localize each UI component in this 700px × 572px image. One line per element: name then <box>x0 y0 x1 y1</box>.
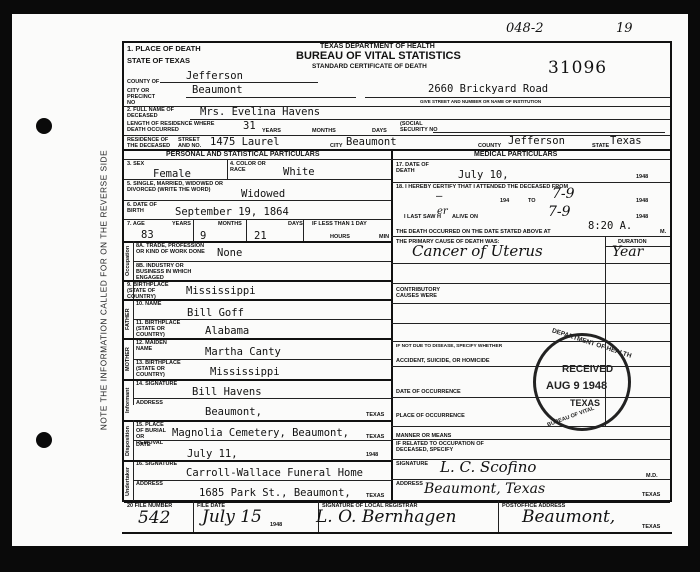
county-label: COUNTY OF <box>127 79 159 85</box>
dod-label: 17. DATE OF DEATH <box>396 162 436 174</box>
street-no-label: STREET AND NO. <box>178 137 208 149</box>
time-of-death: 8:20 A. <box>588 220 632 232</box>
age-label: 7. AGE <box>127 221 145 227</box>
marital-label: 5. SINGLE, MARRIED, WIDOWED OR DIVORCED … <box>127 181 237 193</box>
attended-from: — <box>436 190 442 202</box>
last-saw-date: 7-9 <box>548 204 571 220</box>
last-saw-label: I LAST SAW H <box>404 214 441 220</box>
informant-address: Beaumont, <box>205 406 262 418</box>
occurrence-date-label: DATE OF OCCURRENCE <box>396 389 461 395</box>
full-name-label: 2. FULL NAME OF DECEASED <box>127 107 177 119</box>
mother-name-label: 12. MAIDEN NAME <box>136 340 176 352</box>
city-label: CITY OR PRECINCT NO <box>127 88 153 106</box>
informant-name: Bill Havens <box>192 386 262 398</box>
mother-birthplace: Mississippi <box>210 366 280 378</box>
undertaker-signature-label: 16. SIGNATURE <box>136 461 177 467</box>
father-birthplace: Alabama <box>205 325 249 337</box>
hours-label: HOURS <box>330 234 350 240</box>
residence-county: Jefferson <box>508 135 565 147</box>
stamp-bureau: BUREAU OF VITAL <box>546 406 595 429</box>
attended-to: 7-9 <box>552 186 575 202</box>
occurrence-place-label: PLACE OF OCCURRENCE <box>396 413 465 419</box>
father-name: Bill Goff <box>187 307 244 319</box>
registrar-signature: L. O. Bernhagen <box>316 507 456 527</box>
deceased-name: Mrs. Evelina Havens <box>200 106 320 118</box>
punch-hole <box>36 118 52 134</box>
texas-label: TEXAS <box>366 412 384 418</box>
bureau-title: BUREAU OF VITAL STATISTICS <box>296 50 461 62</box>
mother-band: MOTHER <box>125 339 131 379</box>
burial-date: July 11, <box>187 448 238 460</box>
dod-year: 1948 <box>636 174 648 180</box>
certificate-title: STANDARD CERTIFICATE OF DEATH <box>312 63 427 70</box>
department-title: TEXAS DEPARTMENT OF HEALTH <box>320 43 435 50</box>
mother-name: Martha Canty <box>205 346 281 358</box>
residence-state: Texas <box>610 135 642 147</box>
color-label: 4. COLOR OR RACE <box>230 161 270 173</box>
last-saw-year: 1948 <box>636 214 648 220</box>
color-value: White <box>283 166 315 178</box>
texas-label: TEXAS <box>642 524 660 530</box>
dod-value: July 10, <box>458 169 509 181</box>
undertaker-band: Undertaker <box>125 461 131 501</box>
disposition-band: Disposition <box>125 421 131 461</box>
stamp-date: AUG 9 1948 <box>546 380 607 392</box>
father-birthplace-label: 11. BIRTHPLACE (STATE OR COUNTRY) <box>136 320 191 338</box>
physician-address: Beaumont, Texas <box>424 481 545 497</box>
city-value: Beaumont <box>192 84 243 96</box>
archive-number: 19 <box>616 21 633 36</box>
alive-on-label: ALIVE ON <box>452 214 478 220</box>
undertaker-address-label: ADDRESS <box>136 481 163 487</box>
father-band: FATHER <box>125 300 131 338</box>
sex-label: 3. SEX <box>127 161 144 167</box>
texas-label: TEXAS <box>642 492 660 498</box>
file-date: July 15 <box>202 507 262 527</box>
duration-value: Year <box>612 244 643 260</box>
to-year: 1948 <box>636 198 648 204</box>
informant-band: Informant <box>125 380 131 420</box>
medical-section-title: MEDICAL PARTICULARS <box>474 151 557 158</box>
residence-city: Beaumont <box>346 136 397 148</box>
primary-cause: Cancer of Uterus <box>412 242 543 260</box>
state-label: STATE OF TEXAS <box>127 56 190 65</box>
physician-signature-label: SIGNATURE <box>396 461 428 467</box>
min-label: MIN <box>379 234 389 240</box>
age-days-label: DAYS <box>288 221 303 227</box>
age-years: 83 <box>141 229 154 241</box>
dob-value: September 19, 1864 <box>175 206 289 218</box>
dob-label: 6. DATE OF BIRTH <box>127 202 167 214</box>
residence-label: RESIDENCE OF THE DECEASED <box>127 137 175 149</box>
undertaker-address: 1685 Park St., Beaumont, <box>199 487 351 499</box>
marital-value: Widowed <box>241 188 285 200</box>
contributory-label: CONTRIBUTORY CAUSES WERE <box>396 287 456 299</box>
years-label: YEARS <box>262 128 281 134</box>
street-value: 2660 Brickyard Road <box>428 83 548 95</box>
months-label: MONTHS <box>312 128 336 134</box>
m-label: M. <box>660 229 666 235</box>
less-than-day-label: IF LESS THAN 1 DAY <box>312 221 367 227</box>
residence-length-label: LENGTH OF RESIDENCE WHERE DEATH OCCURRED <box>127 121 217 133</box>
accident-label: IF NOT DUE TO DISEASE, SPECIFY WHETHER <box>396 344 502 350</box>
burial-year: 1948 <box>366 452 378 458</box>
birthplace-value: Mississippi <box>186 285 256 297</box>
certify-label: 18. I HEREBY CERTIFY THAT I ATTENDED THE… <box>396 184 568 190</box>
industry-label: 8B. INDUSTRY OR BUSINESS IN WHICH ENGAGE… <box>136 263 206 281</box>
related-occupation-label: IF RELATED TO OCCUPATION OF DECEASED, SP… <box>396 441 496 453</box>
punch-hole <box>36 432 52 448</box>
county-value: Jefferson <box>186 70 243 82</box>
trade-value: None <box>217 247 242 259</box>
informant-signature-label: 14. SIGNATURE <box>136 381 177 387</box>
undertaker-name: Carroll-Wallace Funeral Home <box>186 467 363 479</box>
archive-code: 048-2 <box>506 21 543 36</box>
burial-date-label: DATE <box>136 442 151 448</box>
certificate-number: 31096 <box>548 58 607 78</box>
informant-address-label: ADDRESS <box>136 400 163 406</box>
street-hint: GIVE STREET AND NUMBER OR NAME OF INSTIT… <box>420 99 541 105</box>
age-years-label: YEARS <box>172 221 191 227</box>
last-saw-pronoun: er <box>437 206 448 217</box>
father-name-label: 10. NAME <box>136 301 161 307</box>
stamp-received: RECEIVED <box>562 364 613 375</box>
mother-birthplace-label: 13. BIRTHPLACE (STATE OR COUNTRY) <box>136 360 191 378</box>
days-label: DAYS <box>372 128 387 134</box>
to-label: TO <box>528 198 536 204</box>
physician-signature: L. C. Scofino <box>440 458 536 476</box>
accident-type-label: ACCIDENT, SUICIDE, OR HOMICIDE <box>396 358 490 364</box>
place-of-death-label: 1. PLACE OF DEATH <box>127 44 201 53</box>
residence-street: 1475 Laurel <box>210 136 280 148</box>
received-stamp: DEPARTMENT OF HEALTH RECEIVED AUG 9 1948… <box>533 333 631 431</box>
reverse-side-note: NOTE THE INFORMATION CALLED FOR ON THE R… <box>100 150 109 430</box>
burial-place: Magnolia Cemetery, Beaumont, <box>172 427 349 439</box>
birthplace-label: 9. BIRTHPLACE (STATE OF COUNTRY) <box>127 282 182 300</box>
physician-address-label: ADDRESS <box>396 481 423 487</box>
residence-years: 31 <box>243 120 256 132</box>
postoffice-address: Beaumont, <box>522 507 615 527</box>
stamp-state: TEXAS <box>570 398 600 408</box>
file-year: 1948 <box>270 522 282 528</box>
texas-label: TEXAS <box>366 493 384 499</box>
file-number: 542 <box>138 508 170 528</box>
from-year: 194 <box>500 198 509 204</box>
age-months-label: MONTHS <box>218 221 242 227</box>
trade-label: 8A. TRADE, PROFESSION OR KIND OF WORK DO… <box>136 243 206 255</box>
time-of-death-label: THE DEATH OCCURRED ON THE DATE STATED AB… <box>396 229 551 235</box>
personal-section-title: PERSONAL AND STATISTICAL PARTICULARS <box>166 151 319 158</box>
occupation-band: Occupation <box>125 242 131 280</box>
